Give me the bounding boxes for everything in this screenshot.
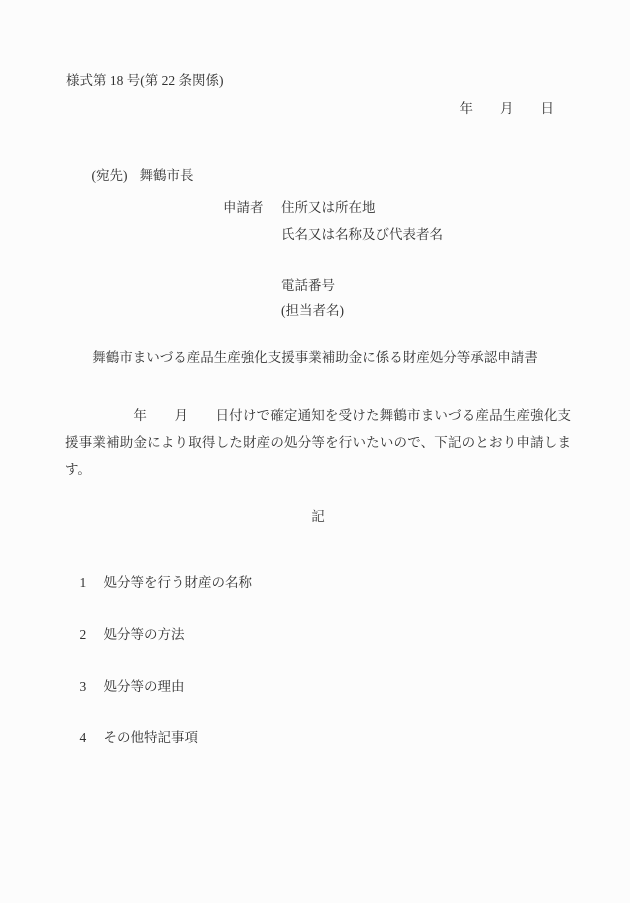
- body-paragraph: 年 月 日付けで確定通知を受けた舞鶴市まいづる産品生産強化支援事業補助金により取…: [65, 402, 571, 483]
- document-title: 舞鶴市まいづる産品生産強化支援事業補助金に係る財産処分等承認申請書: [0, 349, 630, 367]
- applicant-name-label: 氏名又は名称及び代表者名: [281, 226, 443, 244]
- item-number: 4: [80, 729, 104, 747]
- section-marker: 記: [65, 508, 571, 526]
- document-page: 様式第 18 号(第 22 条関係) 年 月 日 (宛先)舞鶴市長 申請者 住所…: [0, 0, 630, 903]
- applicant-phone-label: 電話番号: [281, 277, 335, 295]
- list-item: 1処分等を行う財産の名称: [66, 556, 252, 609]
- item-number: 2: [80, 626, 104, 644]
- applicant-address-label: 住所又は所在地: [281, 199, 376, 217]
- addressee-label: (宛先): [92, 168, 128, 183]
- list-item: 3処分等の理由: [66, 660, 185, 713]
- item-label: 処分等の理由: [104, 679, 185, 694]
- item-number: 3: [80, 678, 104, 696]
- addressee-recipient: 舞鶴市長: [140, 168, 194, 183]
- addressee-line: (宛先)舞鶴市長: [78, 149, 194, 202]
- item-label: 処分等の方法: [104, 627, 185, 642]
- list-item: 4その他特記事項: [66, 711, 198, 764]
- form-number: 様式第 18 号(第 22 条関係): [66, 72, 224, 90]
- applicant-contact-label: (担当者名): [281, 302, 344, 320]
- item-number: 1: [80, 574, 104, 592]
- applicant-label: 申請者: [223, 199, 264, 217]
- date-line: 年 月 日: [460, 100, 555, 118]
- item-label: その他特記事項: [104, 730, 199, 745]
- item-label: 処分等を行う財産の名称: [104, 575, 253, 590]
- list-item: 2処分等の方法: [66, 608, 185, 661]
